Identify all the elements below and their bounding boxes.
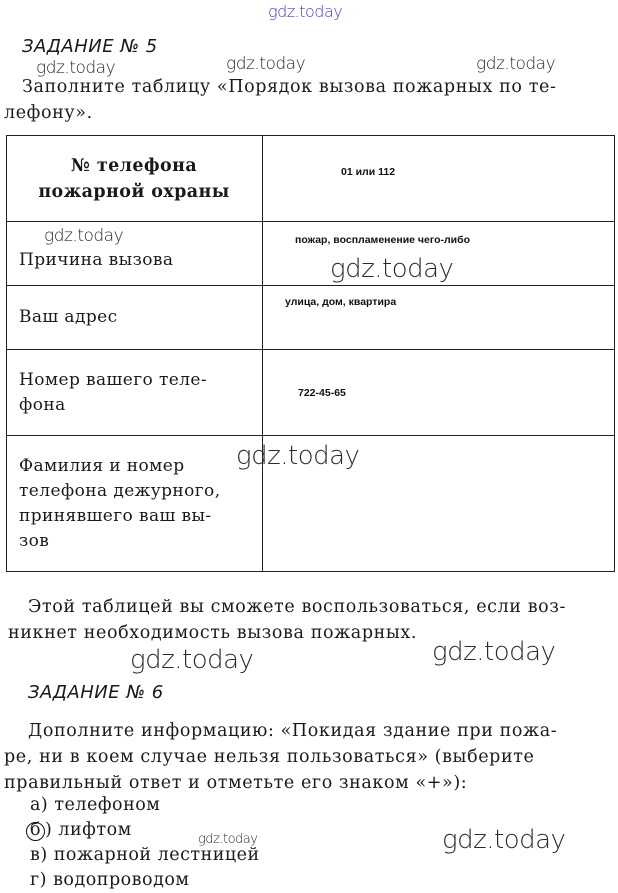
table-row: Номер вашего теле- фона 722-45-65 [7, 350, 615, 436]
answer-cell[interactable]: 01 или 112 [263, 136, 615, 222]
table-row: Ваш адрес улица, дом, квартира [7, 286, 615, 350]
watermark: gdz.today [226, 54, 305, 74]
option-letter: г) [30, 870, 47, 890]
watermark: gdz.today [432, 637, 555, 667]
table-row: № телефона пожарной охраны 01 или 112 [7, 136, 615, 222]
label-line: Фамилия и номер [19, 454, 261, 479]
task6-intro-line1: Дополните информацию: «Покидая здание пр… [28, 718, 557, 744]
label-line: телефона дежурного, [19, 479, 261, 504]
watermark: gdz.today [476, 54, 555, 74]
label-line: Ваш адрес [19, 305, 261, 330]
watermark-top: gdz.today [268, 2, 342, 21]
watermark: gdz.today [442, 825, 565, 855]
watermark: gdz.today [198, 832, 257, 847]
label-line: Причина вызова [19, 248, 261, 273]
watermark: gdz.today [236, 441, 359, 471]
header-line: пожарной охраны [7, 179, 261, 205]
header-line: № телефона [7, 153, 261, 179]
label-line: зов [19, 529, 261, 554]
answer-text: 722-45-65 [298, 387, 346, 399]
task6-title: ЗАДАНИЕ № 6 [28, 682, 164, 703]
watermark: gdz.today [44, 226, 123, 246]
task5-title: ЗАДАНИЕ № 5 [22, 36, 158, 57]
option-letter: в) [30, 845, 48, 865]
answer-text: 01 или 112 [341, 166, 395, 178]
option-letter: б [30, 820, 41, 840]
watermark: gdz.today [130, 645, 253, 675]
task6-intro-line3: правильный ответ и отметьте его знаком «… [4, 770, 467, 796]
option-paren: ) [45, 820, 52, 840]
task6-intro-line2: ре, ни в коем случае нельзя пользоваться… [4, 744, 534, 770]
label-cell: Ваш адрес [7, 286, 263, 350]
task5-intro-line1: Заполните таблицу «Порядок вызова пожарн… [22, 74, 556, 100]
option-letter: а) [30, 795, 48, 815]
option-d[interactable]: г) водопроводом [30, 870, 190, 890]
label-cell: Фамилия и номер телефона дежурного, прин… [7, 436, 263, 572]
task5-intro-line2: лефону». [4, 100, 93, 126]
task5-note-line2: никнет необходимость вызова пожарных. [8, 620, 417, 646]
watermark: gdz.today [330, 254, 453, 284]
answer-cell[interactable]: улица, дом, квартира [263, 286, 615, 350]
answer-text: улица, дом, квартира [285, 296, 396, 308]
selected-circle-mark: б [26, 822, 45, 841]
option-c[interactable]: в) пожарной лестницей [30, 845, 260, 865]
task5-note-line1: Этой таблицей вы сможете воспользоваться… [28, 594, 566, 620]
option-b-selected[interactable]: б) лифтом [30, 820, 132, 841]
fire-call-table: № телефона пожарной охраны 01 или 112 Пр… [6, 135, 615, 572]
label-line: фона [19, 393, 261, 418]
label-line: Номер вашего теле- [19, 368, 261, 393]
label-cell: Номер вашего теле- фона [7, 350, 263, 436]
label-line: принявшего ваш вы- [19, 504, 261, 529]
answer-text: пожар, воспламенение чего-либо [295, 234, 470, 246]
answer-cell[interactable]: 722-45-65 [263, 350, 615, 436]
option-text: телефоном [54, 795, 160, 815]
table-header-cell: № телефона пожарной охраны [7, 136, 263, 222]
option-text: лифтом [58, 820, 131, 840]
option-text: водопроводом [53, 870, 189, 890]
option-text: пожарной лестницей [54, 845, 260, 865]
option-a[interactable]: а) телефоном [30, 795, 160, 815]
